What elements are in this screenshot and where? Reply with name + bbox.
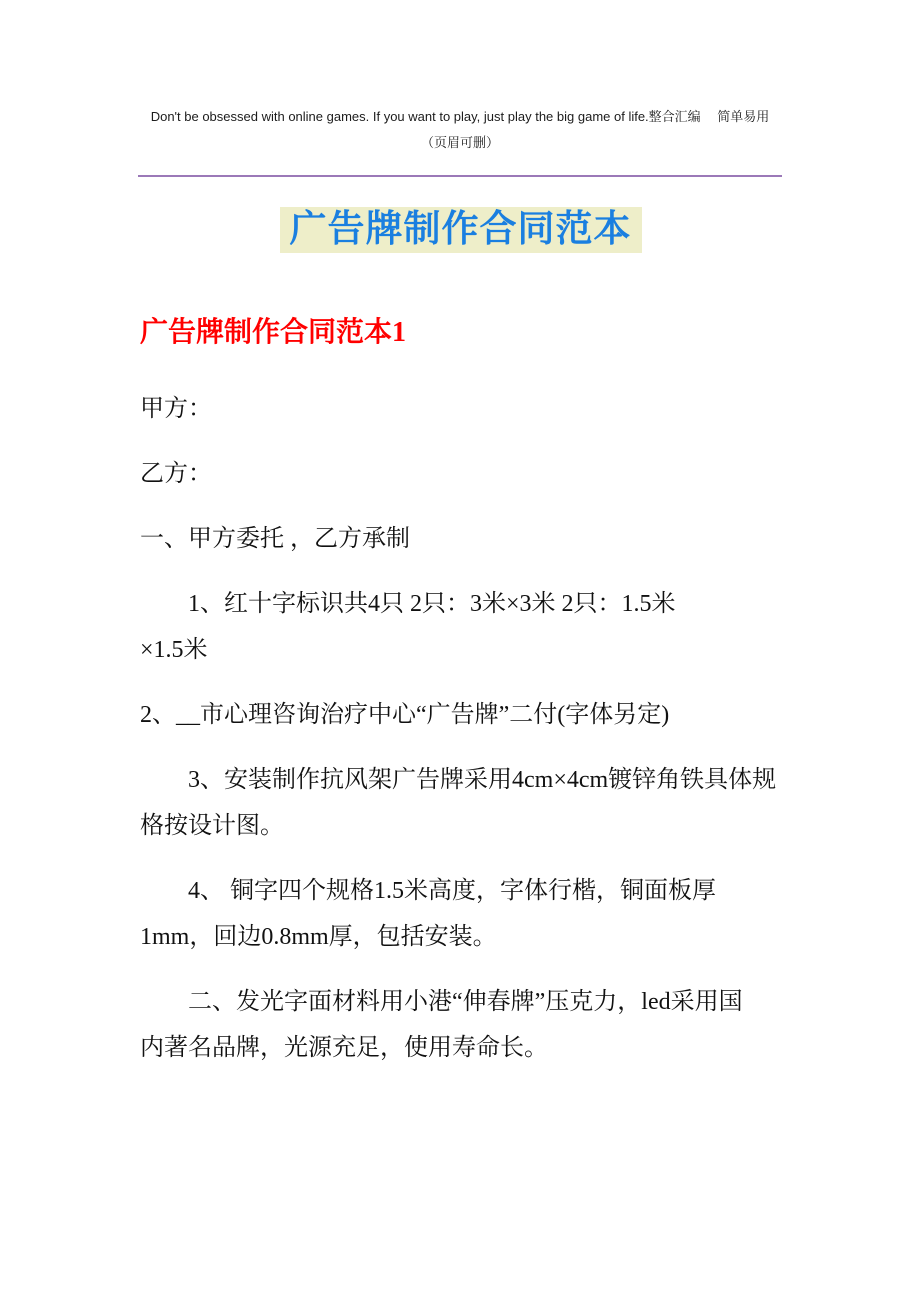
paragraph: 二、发光字面材料用小港“伸春牌”压克力，led采用国 内著名品牌，光源充足，使用… <box>140 979 788 1071</box>
section-heading: 广告牌制作合同范本1 <box>140 318 788 348</box>
paragraph: 乙方： <box>140 451 788 497</box>
paragraph: 2、__市心理咨询治疗中心“广告牌”二付(字体另定) <box>140 692 788 738</box>
header-line-1: Don't be obsessed with online games. If … <box>70 104 850 130</box>
paragraph-line: 4、 铜字四个规格1.5米高度，字体行楷，铜面板厚 <box>140 868 788 914</box>
paragraph-line: 2、__市心理咨询治疗中心“广告牌”二付(字体另定) <box>140 702 669 728</box>
paragraph: 甲方： <box>140 386 788 432</box>
paragraph-line: 格按设计图。 <box>140 803 788 849</box>
paragraph-line: ×1.5米 <box>140 627 788 673</box>
paragraph: 1、红十字标识共4只 2只：3米×3米 2只：1.5米 ×1.5米 <box>140 581 788 673</box>
paragraph-line: 乙方： <box>140 461 212 487</box>
title-row: 广告牌制作合同范本 <box>138 207 783 253</box>
paragraph: 一、甲方委托 ，乙方承制 <box>140 516 788 562</box>
document-title: 广告牌制作合同范本 <box>280 207 642 253</box>
paragraph-line: 1mm，回边0.8mm厚，包括安装。 <box>140 914 788 960</box>
paragraph-line: 二、发光字面材料用小港“伸春牌”压克力，led采用国 <box>140 979 788 1025</box>
paragraph-line: 1、红十字标识共4只 2只：3米×3米 2只：1.5米 <box>140 581 788 627</box>
document-page: Don't be obsessed with online games. If … <box>0 0 920 1302</box>
document-body: 广告牌制作合同范本1 甲方： 乙方： 一、甲方委托 ，乙方承制 1、红十字标识共… <box>140 318 788 1090</box>
running-header: Don't be obsessed with online games. If … <box>70 104 850 156</box>
paragraph: 3、安装制作抗风架广告牌采用4cm×4cm镀锌角铁具体规 格按设计图。 <box>140 757 788 849</box>
paragraph: 4、 铜字四个规格1.5米高度，字体行楷，铜面板厚 1mm，回边0.8mm厚，包… <box>140 868 788 960</box>
paragraph-line: 甲方： <box>140 396 212 422</box>
header-line-2: （页眉可删） <box>70 130 850 156</box>
paragraph-line: 3、安装制作抗风架广告牌采用4cm×4cm镀锌角铁具体规 <box>140 757 788 803</box>
paragraph-line: 一、甲方委托 ，乙方承制 <box>140 526 410 552</box>
paragraph-line: 内著名品牌，光源充足，使用寿命长。 <box>140 1025 788 1071</box>
header-divider <box>138 175 782 177</box>
